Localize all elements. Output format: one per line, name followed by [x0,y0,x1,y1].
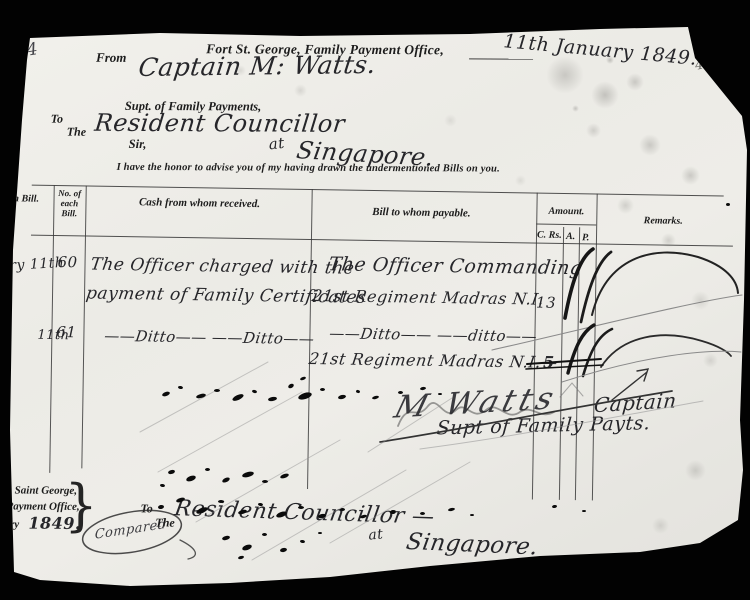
ink-blot [398,391,403,394]
footer-to-article: The [155,515,174,530]
age-stain [591,81,619,109]
scanned-document-canvas: 3814 Fort St. George, Family Payment Off… [0,0,750,600]
paper-sheet: 3814 Fort St. George, Family Payment Off… [0,0,750,600]
age-stain [546,56,584,94]
footer-brace: } [64,473,98,538]
age-stain [639,134,661,156]
age-stain [661,233,676,248]
ink-blot [726,203,730,206]
ink-blot [340,508,345,511]
ink-blot [160,484,165,488]
footer-office-line3a: uary [0,518,19,530]
age-stain [235,65,246,76]
ink-blot [258,503,263,507]
footer-place-handwritten: Singapore. [404,529,540,560]
ink-blot [218,500,224,503]
age-stain [586,123,601,138]
ink-blot [582,510,586,512]
age-stain [294,84,307,97]
age-stain [626,73,644,91]
age-stain [691,291,710,310]
ink-blot [470,514,474,516]
ink-blot [178,386,183,390]
ink-blot [420,512,425,515]
ink-blot [262,480,268,483]
ink-blot [318,532,322,534]
ink-blot [214,389,220,392]
ink-blot [262,533,267,536]
footer-to-label: To [140,501,152,516]
age-stain [652,517,669,534]
age-stain [606,56,614,64]
age-stain [444,114,457,127]
footer-at-word: at [368,526,384,543]
ink-blot [205,468,210,471]
ink-blot [438,393,442,395]
ink-blot [300,540,305,544]
ink-blot [298,506,304,509]
age-stain [685,460,706,481]
age-stain [515,175,526,186]
ink-blot [320,388,325,391]
age-stain [617,197,634,214]
footer-to-name-handwritten: Resident Councillor — [173,496,437,530]
age-stain [703,353,718,368]
age-stain [572,105,579,112]
age-stain [681,166,700,185]
